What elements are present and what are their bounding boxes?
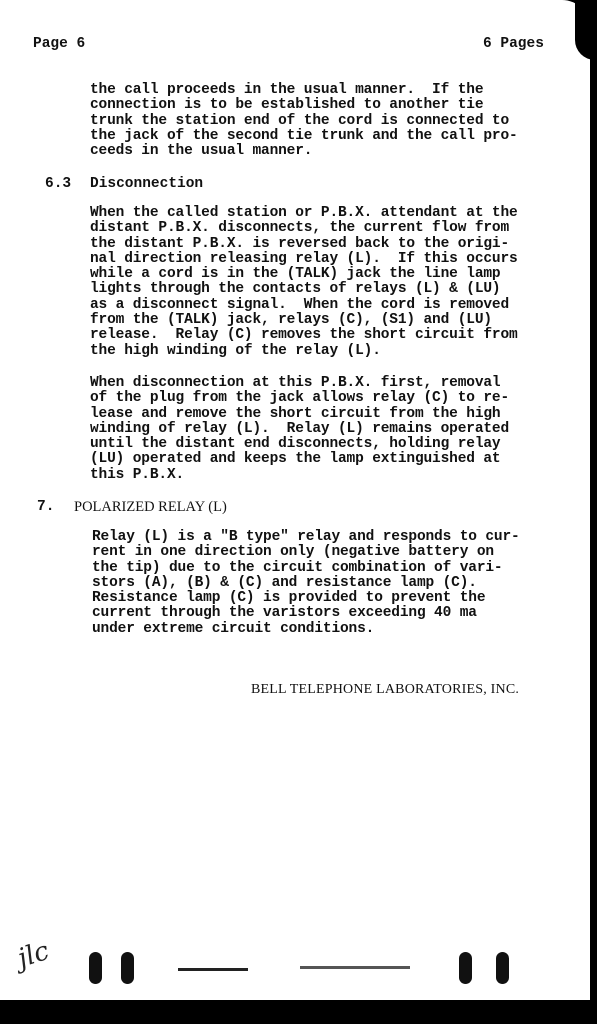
section-6-3-number: 6.3 <box>45 176 71 192</box>
section-6-3-title: Disconnection <box>90 176 203 192</box>
section-6-3-paragraph-1: When the called station or P.B.X. attend… <box>90 206 518 359</box>
binder-hole-mark <box>89 952 102 984</box>
signature: BELL TELEPHONE LABORATORIES, INC. <box>251 682 519 698</box>
page-corner <box>575 0 597 60</box>
section-7-number: 7. <box>37 499 54 515</box>
section-7-title: POLARIZED RELAY (L) <box>74 499 227 516</box>
staple-mark <box>178 968 248 971</box>
page-number: Page 6 <box>33 36 85 52</box>
binder-hole-mark <box>121 952 134 984</box>
continuation-paragraph: the call proceeds in the usual manner. I… <box>90 83 518 159</box>
binder-hole-mark <box>459 952 472 984</box>
handwritten-initials: jlc <box>14 936 53 974</box>
section-7-paragraph-1: Relay (L) is a "B type" relay and respon… <box>92 530 520 637</box>
binder-hole-mark <box>496 952 509 984</box>
total-pages: 6 Pages <box>483 36 544 52</box>
section-6-3-paragraph-2: When disconnection at this P.B.X. first,… <box>90 376 509 483</box>
staple-mark <box>300 966 410 969</box>
document-page: Page 6 6 Pages the call proceeds in the … <box>0 0 590 1000</box>
